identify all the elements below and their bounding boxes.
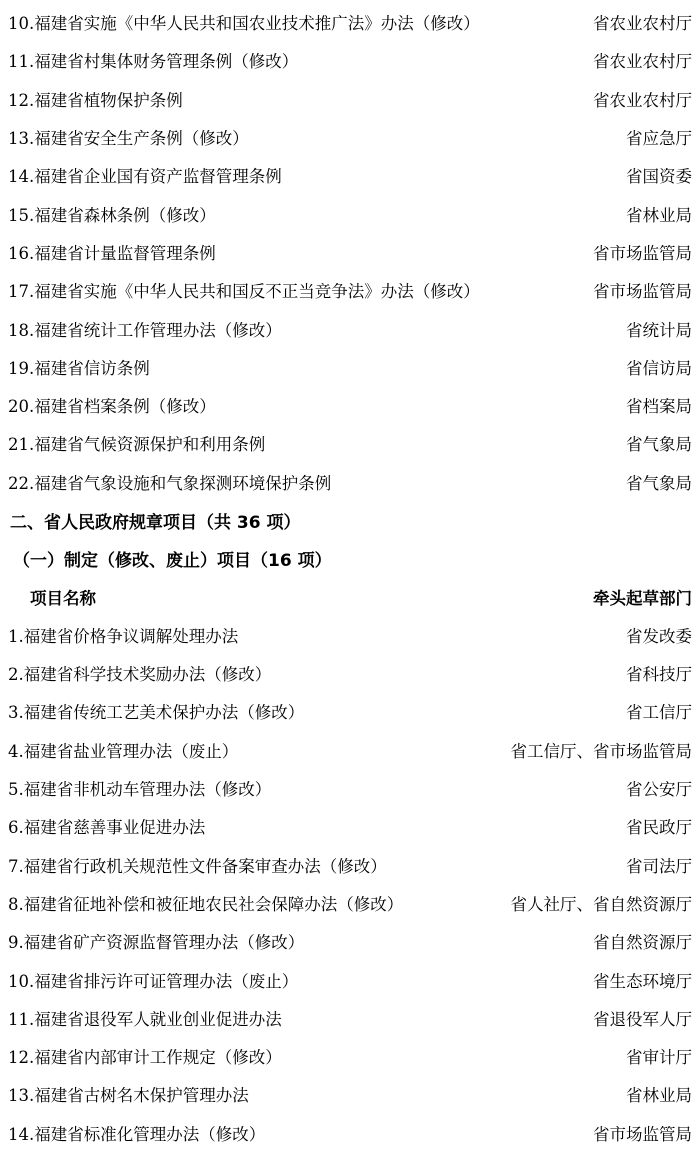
table-row: 13.福建省古树名木保护管理办法 省林业局	[8, 1075, 692, 1113]
drafting-department: 省发改委	[626, 623, 692, 647]
project-name: 21.福建省气候资源保护和利用条例	[8, 431, 265, 455]
drafting-department: 省审计厅	[626, 1044, 692, 1068]
table-row: 16.福建省计量监督管理条例 省市场监管局	[8, 233, 692, 271]
table-row: 8.福建省征地补偿和被征地农民社会保障办法（修改） 省人社厅、省自然资源厅	[8, 884, 692, 922]
project-name: 13.福建省古树名木保护管理办法	[8, 1082, 249, 1106]
drafting-department: 省司法厅	[626, 853, 692, 877]
table-row: 11.福建省村集体财务管理条例（修改） 省农业农村厅	[8, 41, 692, 79]
subsection-heading: （一）制定（修改、废止）项目（16 项）	[8, 539, 692, 577]
project-name: 12.福建省植物保护条例	[8, 87, 183, 111]
project-name: 2.福建省科学技术奖励办法（修改）	[8, 661, 271, 685]
project-name: 5.福建省非机动车管理办法（修改）	[8, 776, 271, 800]
column-header-row: 项目名称 牵头起草部门	[8, 577, 692, 615]
table-row: 14.福建省标准化管理办法（修改） 省市场监管局	[8, 1114, 692, 1152]
drafting-department: 省农业农村厅	[593, 48, 692, 72]
project-name: 10.福建省实施《中华人民共和国农业技术推广法》办法（修改）	[8, 10, 480, 34]
drafting-department: 省生态环境厅	[593, 968, 692, 992]
project-name: 14.福建省企业国有资产监督管理条例	[8, 163, 282, 187]
table-row: 6.福建省慈善事业促进办法 省民政厅	[8, 807, 692, 845]
document-page: 10.福建省实施《中华人民共和国农业技术推广法》办法（修改） 省农业农村厅 11…	[0, 0, 700, 1154]
subsection-heading-text: （一）制定（修改、废止）项目（16 项）	[8, 546, 332, 571]
project-name: 4.福建省盐业管理办法（废止）	[8, 738, 238, 762]
table-row: 17.福建省实施《中华人民共和国反不正当竞争法》办法（修改） 省市场监管局	[8, 271, 692, 309]
table-row: 18.福建省统计工作管理办法（修改） 省统计局	[8, 309, 692, 347]
project-name: 12.福建省内部审计工作规定（修改）	[8, 1044, 282, 1068]
drafting-department: 省退役军人厅	[593, 1006, 692, 1030]
column-header-drafting-department: 牵头起草部门	[593, 585, 692, 609]
table-row: 10.福建省排污许可证管理办法（废止） 省生态环境厅	[8, 960, 692, 998]
table-row: 12.福建省内部审计工作规定（修改） 省审计厅	[8, 1037, 692, 1075]
project-name: 14.福建省标准化管理办法（修改）	[8, 1121, 265, 1145]
table-row: 5.福建省非机动车管理办法（修改） 省公安厅	[8, 769, 692, 807]
section-heading-text: 二、省人民政府规章项目（共 36 项）	[8, 508, 301, 533]
table-row: 3.福建省传统工艺美术保护办法（修改） 省工信厅	[8, 692, 692, 730]
project-name: 15.福建省森林条例（修改）	[8, 202, 216, 226]
project-name: 6.福建省慈善事业促进办法	[8, 814, 205, 838]
table-row: 20.福建省档案条例（修改） 省档案局	[8, 386, 692, 424]
table-row: 1.福建省价格争议调解处理办法 省发改委	[8, 616, 692, 654]
table-row: 12.福建省植物保护条例 省农业农村厅	[8, 80, 692, 118]
project-name: 18.福建省统计工作管理办法（修改）	[8, 317, 282, 341]
drafting-department: 省国资委	[626, 163, 692, 187]
project-name: 17.福建省实施《中华人民共和国反不正当竞争法》办法（修改）	[8, 278, 480, 302]
project-name: 11.福建省村集体财务管理条例（修改）	[8, 48, 298, 72]
section-heading: 二、省人民政府规章项目（共 36 项）	[8, 501, 692, 539]
drafting-department: 省市场监管局	[593, 240, 692, 264]
drafting-department: 省气象局	[626, 431, 692, 455]
drafting-department: 省工信厅、省市场监管局	[511, 738, 693, 762]
drafting-department: 省林业局	[626, 202, 692, 226]
table-row: 9.福建省矿产资源监督管理办法（修改） 省自然资源厅	[8, 922, 692, 960]
drafting-department: 省农业农村厅	[593, 87, 692, 111]
project-name: 19.福建省信访条例	[8, 355, 150, 379]
project-name: 9.福建省矿产资源监督管理办法（修改）	[8, 929, 304, 953]
project-name: 8.福建省征地补偿和被征地农民社会保障办法（修改）	[8, 891, 403, 915]
project-name: 22.福建省气象设施和气象探测环境保护条例	[8, 470, 331, 494]
drafting-department: 省应急厅	[626, 125, 692, 149]
project-name: 7.福建省行政机关规范性文件备案审查办法（修改）	[8, 853, 387, 877]
table-row: 22.福建省气象设施和气象探测环境保护条例 省气象局	[8, 463, 692, 501]
drafting-department: 省林业局	[626, 1082, 692, 1106]
project-name: 20.福建省档案条例（修改）	[8, 393, 216, 417]
drafting-department: 省自然资源厅	[593, 929, 692, 953]
project-name: 1.福建省价格争议调解处理办法	[8, 623, 238, 647]
table-row: 21.福建省气候资源保护和利用条例 省气象局	[8, 424, 692, 462]
drafting-department: 省科技厅	[626, 661, 692, 685]
table-row: 15.福建省森林条例（修改） 省林业局	[8, 194, 692, 232]
drafting-department: 省工信厅	[626, 699, 692, 723]
drafting-department: 省民政厅	[626, 814, 692, 838]
drafting-department: 省农业农村厅	[593, 10, 692, 34]
drafting-department: 省档案局	[626, 393, 692, 417]
table-row: 7.福建省行政机关规范性文件备案审查办法（修改） 省司法厅	[8, 846, 692, 884]
project-name: 11.福建省退役军人就业创业促进办法	[8, 1006, 282, 1030]
table-row: 10.福建省实施《中华人民共和国农业技术推广法》办法（修改） 省农业农村厅	[8, 3, 692, 41]
table-row: 2.福建省科学技术奖励办法（修改） 省科技厅	[8, 654, 692, 692]
project-name: 3.福建省传统工艺美术保护办法（修改）	[8, 699, 304, 723]
project-name: 10.福建省排污许可证管理办法（废止）	[8, 968, 298, 992]
table-row: 13.福建省安全生产条例（修改） 省应急厅	[8, 118, 692, 156]
drafting-department: 省信访局	[626, 355, 692, 379]
table-row: 19.福建省信访条例 省信访局	[8, 348, 692, 386]
project-name: 16.福建省计量监督管理条例	[8, 240, 216, 264]
drafting-department: 省气象局	[626, 470, 692, 494]
drafting-department: 省市场监管局	[593, 1121, 692, 1145]
table-row: 11.福建省退役军人就业创业促进办法 省退役军人厅	[8, 999, 692, 1037]
drafting-department: 省公安厅	[626, 776, 692, 800]
drafting-department: 省人社厅、省自然资源厅	[511, 891, 693, 915]
project-name: 13.福建省安全生产条例（修改）	[8, 125, 249, 149]
drafting-department: 省统计局	[626, 317, 692, 341]
drafting-department: 省市场监管局	[593, 278, 692, 302]
table-row: 14.福建省企业国有资产监督管理条例 省国资委	[8, 156, 692, 194]
column-header-project-name: 项目名称	[8, 585, 96, 609]
table-row: 4.福建省盐业管理办法（废止） 省工信厅、省市场监管局	[8, 731, 692, 769]
